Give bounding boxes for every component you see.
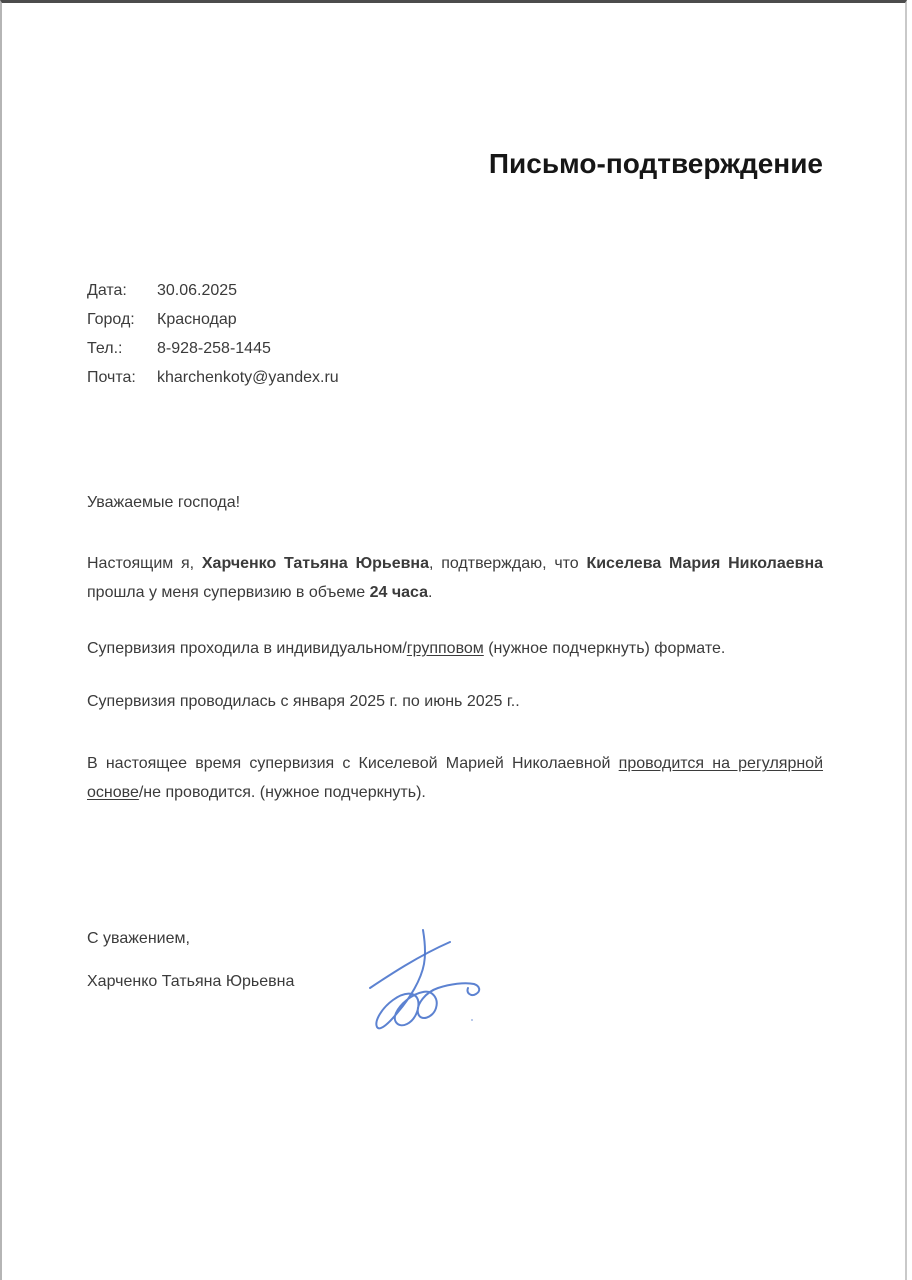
format-before: Супервизия проходила в индивидуальном/	[87, 640, 407, 657]
meta-row-phone: Тел.: 8-928-258-1445	[87, 334, 823, 363]
format-underlined-option: групповом	[407, 640, 484, 657]
dates-paragraph: Супервизия проводилась с января 2025 г. …	[87, 687, 823, 716]
format-after: (нужное подчеркнуть) формате.	[484, 640, 726, 657]
hours-value: 24 часа	[370, 584, 428, 601]
meta-value-phone: 8-928-258-1445	[157, 334, 823, 363]
supervisee-name: Киселева Мария Николаевна	[586, 555, 823, 572]
signature-main-stroke	[376, 930, 479, 1028]
status-before: В настоящее время супервизия с Киселевой…	[87, 755, 619, 772]
status-paragraph: В настоящее время супервизия с Киселевой…	[87, 749, 823, 807]
confirmation-end: .	[428, 584, 432, 601]
meta-row-email: Почта: kharchenkoty@yandex.ru	[87, 363, 823, 392]
confirmation-paragraph: Настоящим я, Харченко Татьяна Юрьевна, п…	[87, 549, 823, 607]
meta-label-phone: Тел.:	[87, 334, 157, 363]
letter-meta-block: Дата: 30.06.2025 Город: Краснодар Тел.: …	[87, 276, 823, 392]
confirmation-tail: прошла у меня супервизию в объеме	[87, 584, 370, 601]
letter-page: Письмо-подтверждение Дата: 30.06.2025 Го…	[0, 0, 907, 1280]
signature-image	[355, 920, 495, 1045]
format-paragraph: Супервизия проходила в индивидуальном/гр…	[87, 634, 823, 663]
confirmation-mid: , подтверждаю, что	[429, 555, 586, 572]
signature-cross-stroke	[370, 942, 450, 988]
page-title: Письмо-подтверждение	[87, 147, 823, 181]
supervisor-name: Харченко Татьяна Юрьевна	[202, 555, 429, 572]
meta-value-date: 30.06.2025	[157, 276, 823, 305]
signature-ink-dot	[471, 1019, 473, 1021]
meta-row-city: Город: Краснодар	[87, 305, 823, 334]
meta-label-email: Почта:	[87, 363, 157, 392]
status-after: /не проводится. (нужное подчеркнуть).	[139, 784, 426, 801]
confirmation-lead: Настоящим я,	[87, 555, 202, 572]
meta-value-email: kharchenkoty@yandex.ru	[157, 363, 823, 392]
meta-label-date: Дата:	[87, 276, 157, 305]
meta-row-date: Дата: 30.06.2025	[87, 276, 823, 305]
salutation: Уважаемые господа!	[87, 488, 823, 517]
meta-label-city: Город:	[87, 305, 157, 334]
meta-value-city: Краснодар	[157, 305, 823, 334]
